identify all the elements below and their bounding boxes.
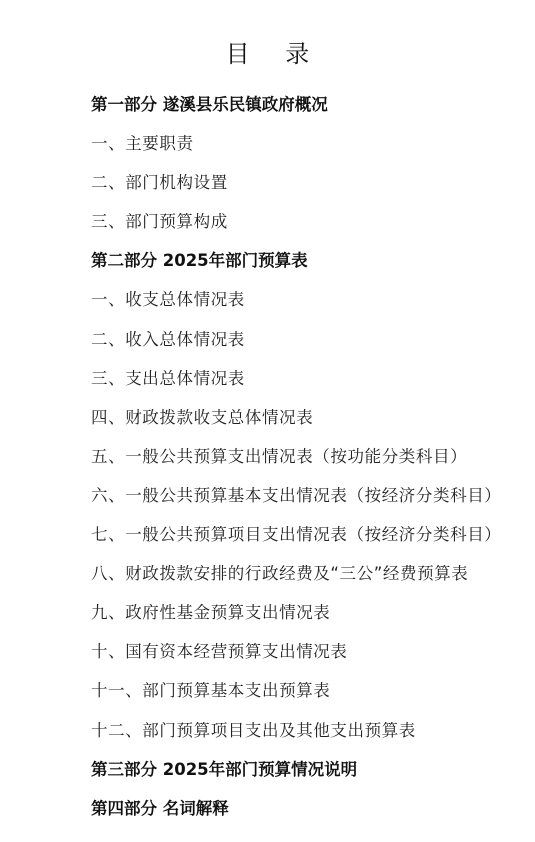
toc-part-1: 第一部分 遂溪县乐民镇政府概况 xyxy=(91,92,535,131)
toc-item-table-10: 十、国有资本经营预算支出情况表 xyxy=(91,639,535,678)
table-of-contents: 第一部分 遂溪县乐民镇政府概况 一、主要职责 二、部门机构设置 三、部门预算构成… xyxy=(91,92,535,835)
toc-item-table-8: 八、财政拨款安排的行政经费及“三公”经费预算表 xyxy=(91,561,535,600)
toc-item-table-6: 六、一般公共预算基本支出情况表（按经济分类科目） xyxy=(91,483,535,522)
toc-item-table-4: 四、财政拨款收支总体情况表 xyxy=(91,405,535,444)
page-title: 目 录 xyxy=(0,38,535,70)
toc-item-table-7: 七、一般公共预算项目支出情况表（按经济分类科目） xyxy=(91,522,535,561)
toc-item-table-11: 十一、部门预算基本支出预算表 xyxy=(91,678,535,717)
toc-item-table-12: 十二、部门预算项目支出及其他支出预算表 xyxy=(91,718,535,757)
toc-item-table-2: 二、收入总体情况表 xyxy=(91,327,535,366)
toc-item-table-9: 九、政府性基金预算支出情况表 xyxy=(91,600,535,639)
toc-part-3: 第三部分 2025年部门预算情况说明 xyxy=(91,757,535,796)
toc-part-2: 第二部分 2025年部门预算表 xyxy=(91,248,535,287)
toc-item-budget-composition: 三、部门预算构成 xyxy=(91,209,535,248)
toc-part-4: 第四部分 名词解释 xyxy=(91,796,535,835)
toc-item-table-3: 三、支出总体情况表 xyxy=(91,366,535,405)
toc-item-organization: 二、部门机构设置 xyxy=(91,170,535,209)
toc-item-main-duties: 一、主要职责 xyxy=(91,131,535,170)
toc-item-table-1: 一、收支总体情况表 xyxy=(91,287,535,326)
toc-item-table-5: 五、一般公共预算支出情况表（按功能分类科目） xyxy=(91,444,535,483)
